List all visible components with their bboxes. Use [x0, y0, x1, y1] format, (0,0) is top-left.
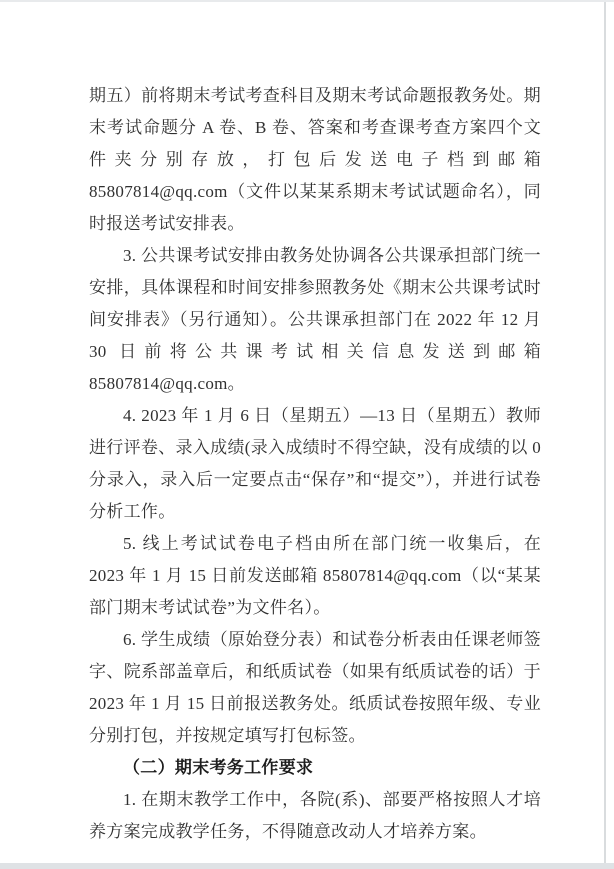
- paragraph-item-6: 6. 学生成绩（原始登分表）和试卷分析表由任课老师签字、院系部盖章后，和纸质试卷…: [89, 624, 541, 752]
- paragraph-item-3: 3. 公共课考试安排由教务处协调各公共课承担部门统一安排，具体课程和时间安排参照…: [89, 240, 541, 400]
- paragraph-continuation: 期五）前将期末考试考查科目及期末考试命题报教务处。期末考试命题分 A 卷、B 卷…: [89, 80, 541, 240]
- paragraph-item-1: 1. 在期末教学工作中，各院(系)、部要严格按照人才培养方案完成教学任务，不得随…: [89, 784, 541, 848]
- paragraph-item-4: 4. 2023 年 1 月 6 日（星期五）—13 日（星期五）教师进行评卷、录…: [89, 400, 541, 528]
- document-body: 期五）前将期末考试考查科目及期末考试命题报教务处。期末考试命题分 A 卷、B 卷…: [89, 80, 541, 848]
- paragraph-item-5: 5. 线上考试试卷电子档由所在部门统一收集后，在 2023 年 1 月 15 日…: [89, 528, 541, 624]
- page-edge-bottom: [0, 863, 614, 869]
- page-edge-top: [0, 0, 614, 2]
- document-page: 期五）前将期末考试考查科目及期末考试命题报教务处。期末考试命题分 A 卷、B 卷…: [0, 0, 614, 869]
- section-heading-exam-affairs: （二）期末考务工作要求: [89, 752, 541, 784]
- page-edge-right: [604, 2, 606, 863]
